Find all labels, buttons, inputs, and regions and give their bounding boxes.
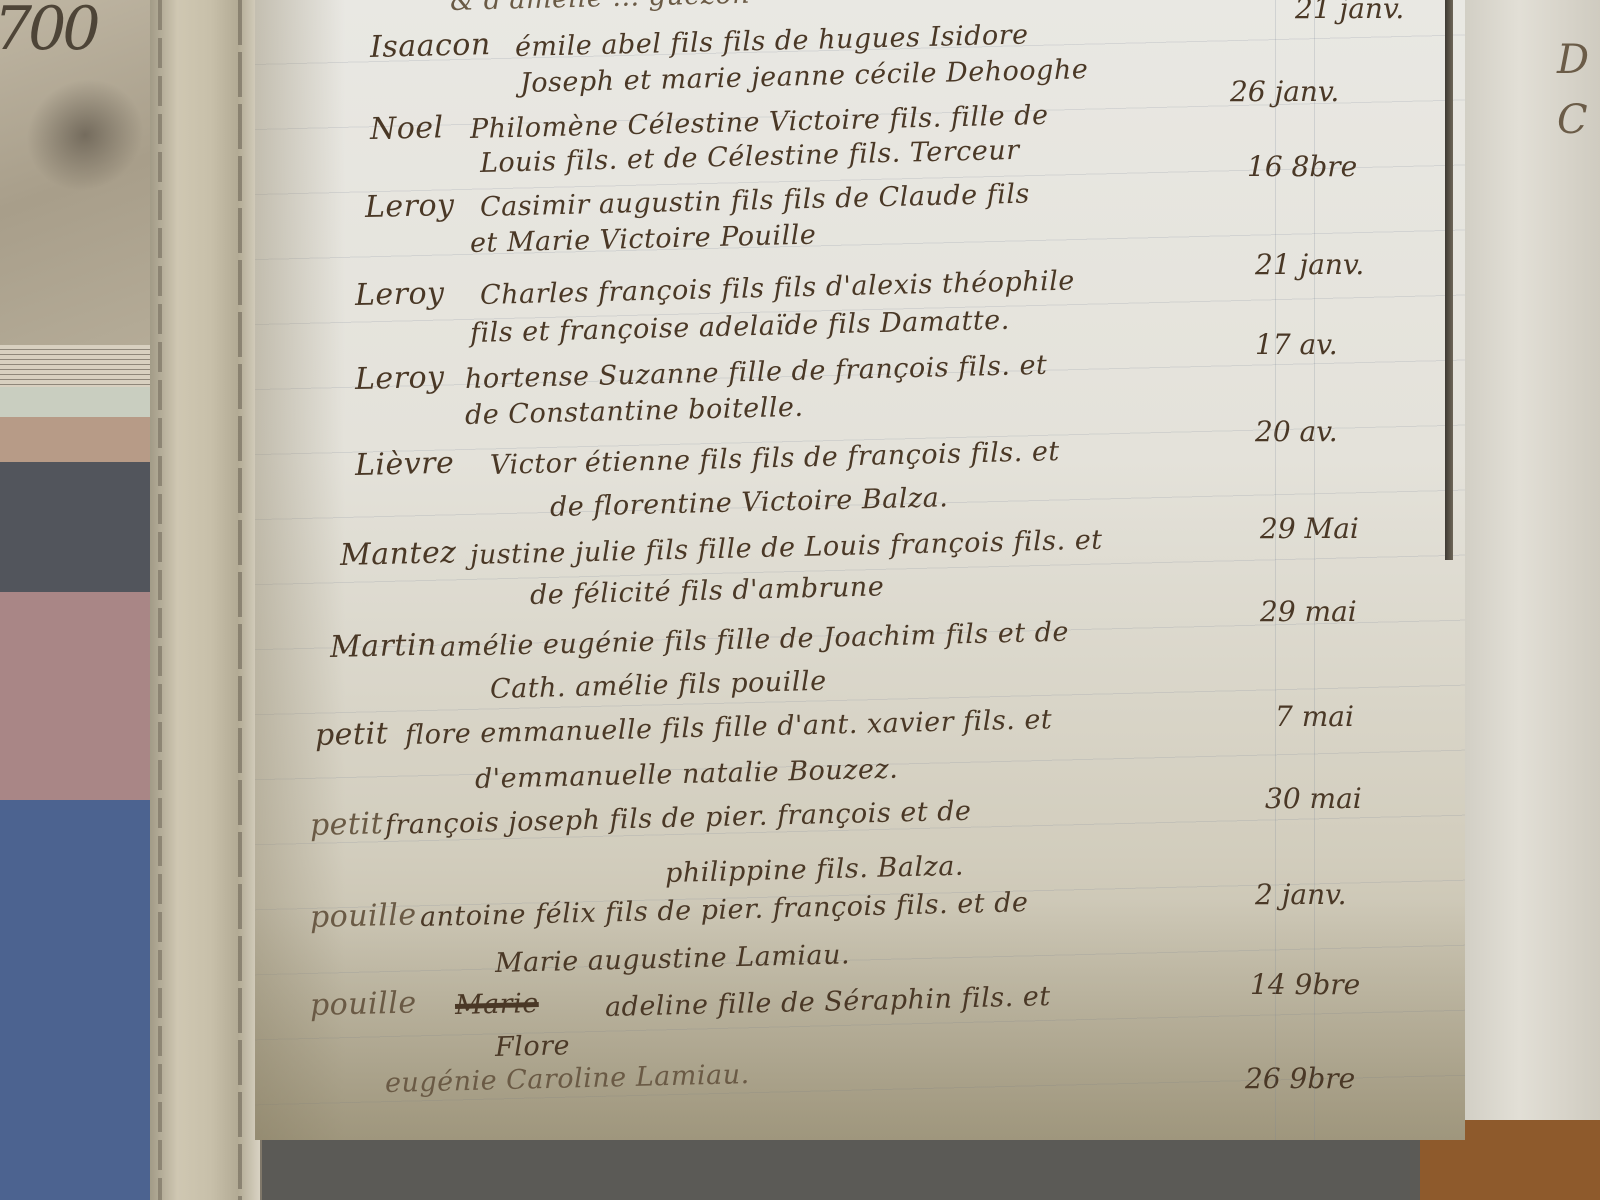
entry-partial-top: & d'amélie ... guezon: [450, 0, 751, 17]
entry-date: 26 9bre: [1245, 1062, 1355, 1095]
entry-surname: petit: [310, 806, 384, 843]
entry-surname: pouille: [310, 985, 417, 1023]
entry-line: Casimir augustin fils fils de Claude fil…: [480, 179, 1031, 223]
entry-date: 7 mai: [1275, 700, 1354, 733]
entry-date: 20 av.: [1255, 415, 1338, 448]
entry-surname: Leroy: [355, 360, 445, 397]
background-dark-cover: [0, 462, 160, 592]
cover-stamp: 700: [0, 0, 97, 64]
entry-line: justine julie fils fille de Louis franço…: [470, 525, 1103, 571]
background-page-stack: [0, 345, 175, 387]
entry-date: 26 janv.: [1230, 75, 1339, 108]
entry-date: 30 mai: [1265, 782, 1362, 815]
entry-date: 21 janv.: [1295, 0, 1404, 25]
entry-date: 29 Mai: [1260, 512, 1359, 545]
background-book-cover: 700: [0, 0, 175, 360]
entry-line: de florentine Victoire Balza.: [550, 482, 949, 523]
background-mint-sheet: [0, 387, 160, 417]
background-blue-fabric: [0, 800, 175, 1200]
entry-surname: Mantez: [340, 535, 457, 573]
entry-surname: Leroy: [365, 188, 455, 225]
entry-surname: Leroy: [355, 276, 445, 313]
entry-date: 17 av.: [1255, 328, 1338, 361]
entry-line: flore emmanuelle fils fille d'ant. xavie…: [405, 704, 1053, 751]
entry-line: d'emmanuelle natalie Bouzez.: [475, 754, 899, 795]
entry-line: philippine fils. Balza.: [665, 851, 965, 889]
entry-surname: Noel: [370, 110, 445, 147]
entry-surname: pouille: [310, 897, 417, 935]
background-tan-sheet: [0, 417, 160, 462]
entry-line: Flore: [495, 1030, 571, 1063]
entry-line: Joseph et marie jeanne cécile Dehooghe: [520, 54, 1089, 99]
entry-date: 14 9bre: [1250, 968, 1360, 1001]
page-tear-shadow: [1445, 0, 1453, 560]
entry-date: 16 8bre: [1247, 150, 1357, 183]
entry-line: fils et françoise adelaïde fils Damatte.: [470, 305, 1011, 349]
page-binding-edge: [150, 0, 262, 1200]
entry-line: françois joseph fils de pier. françois e…: [385, 796, 972, 841]
entry-line: Charles françois fils fils d'alexis théo…: [480, 265, 1076, 311]
struck-word: Marie: [455, 988, 539, 1021]
entry-surname: Isaacon: [370, 27, 492, 65]
entry-line: Victor étienne fils fils de françois fil…: [490, 436, 1060, 481]
entry-date: 29 mai: [1260, 595, 1357, 628]
background-pink-surface: [0, 592, 160, 802]
register-page: & d'amélie ... guezon 21 janv. Isaacon é…: [255, 0, 1465, 1140]
entry-line: amélie eugénie fils fille de Joachim fil…: [440, 617, 1070, 663]
entry-date: 21 janv.: [1255, 248, 1364, 281]
entry-line: hortense Suzanne fille de françois fils.…: [465, 350, 1048, 395]
entry-surname: petit: [315, 716, 389, 753]
entry-date: 2 janv.: [1255, 878, 1347, 911]
entry-line: Cath. amélie fils pouille: [490, 666, 827, 705]
entry-line: de félicité fils d'ambrune: [530, 571, 885, 611]
page-bottom-shade: [255, 900, 1465, 1140]
entry-line: de Constantine boitelle.: [465, 392, 804, 431]
entry-surname: Martin: [330, 627, 438, 665]
entry-surname: Lièvre: [355, 446, 455, 483]
facing-page-ghost-text: DC: [1557, 30, 1589, 150]
entry-line: et Marie Victoire Pouille: [470, 220, 817, 259]
facing-page: DC: [1465, 0, 1600, 1140]
cover-smudge: [6, 57, 165, 212]
